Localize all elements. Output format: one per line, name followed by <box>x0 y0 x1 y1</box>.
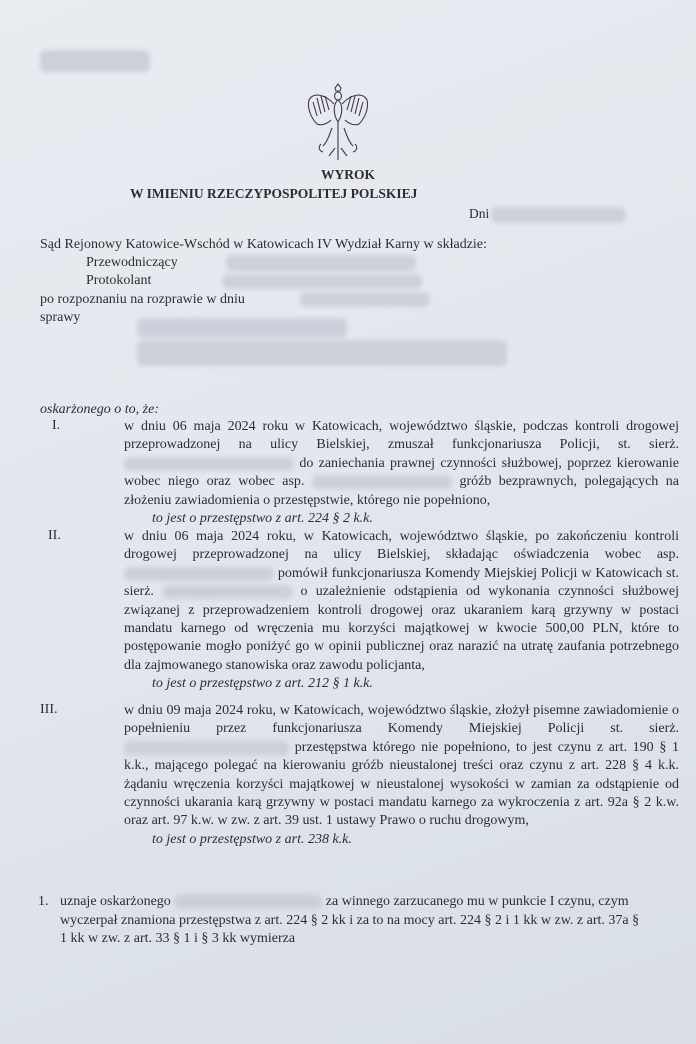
redacted-date <box>491 207 626 223</box>
redacted-officer-name <box>124 741 289 755</box>
charge-qualification: to jest o przestępstwo z art. 238 k.k. <box>124 831 679 849</box>
redacted-officer-name <box>162 585 292 599</box>
redacted-defendant-name <box>137 318 347 338</box>
verdict-text: uznaje oskarżonego za winnego zarzucaneg… <box>60 893 648 949</box>
redacted-clerk-name <box>222 274 422 289</box>
chair-label: Przewodniczący <box>86 254 178 272</box>
redacted-officer-name <box>124 567 274 581</box>
court-judgment-page: WYROK W IMIENIU RZECZYPOSPOLITEJ POLSKIE… <box>0 0 696 1044</box>
case-label: sprawy <box>40 309 80 327</box>
charge-numeral: I. <box>52 418 92 434</box>
date-label: Dni <box>469 206 489 221</box>
judgment-subtitle: W IMIENIU RZECZYPOSPOLITEJ POLSKIEJ <box>130 186 417 202</box>
verdict-number: 1. <box>38 893 49 912</box>
redacted-officer-name <box>312 475 452 489</box>
redacted-defendant-name <box>174 894 322 909</box>
charge-text: w dniu 06 maja 2024 roku w Katowicach, w… <box>124 418 679 528</box>
hearing-label: po rozpoznaniu na rozprawie w dniu <box>40 291 245 309</box>
charges-label: oskarżonego o to, że: <box>40 402 159 418</box>
court-name: Sąd Rejonowy Katowice-Wschód w Katowicac… <box>40 236 487 254</box>
charge-text: w dniu 06 maja 2024 roku, w Katowicach, … <box>124 528 679 694</box>
judgment-date: Dni <box>469 206 626 223</box>
clerk-label: Protokolant <box>86 272 151 290</box>
judgment-title: WYROK <box>0 167 696 183</box>
redacted-hearing-date <box>300 292 430 307</box>
charge-numeral: II. <box>48 528 88 544</box>
redacted-chair-name <box>226 255 416 271</box>
polish-eagle-emblem-icon <box>303 82 373 162</box>
charge-numeral: III. <box>40 702 80 718</box>
redacted-officer-name <box>124 457 294 471</box>
charge-qualification: to jest o przestępstwo z art. 212 § 1 k.… <box>124 675 679 693</box>
redacted-header-stamp <box>40 50 150 72</box>
charge-text: w dniu 09 maja 2024 roku, w Katowicach, … <box>124 702 679 849</box>
redacted-defendant-details <box>137 340 507 366</box>
charge-qualification: to jest o przestępstwo z art. 224 § 2 k.… <box>124 510 679 528</box>
